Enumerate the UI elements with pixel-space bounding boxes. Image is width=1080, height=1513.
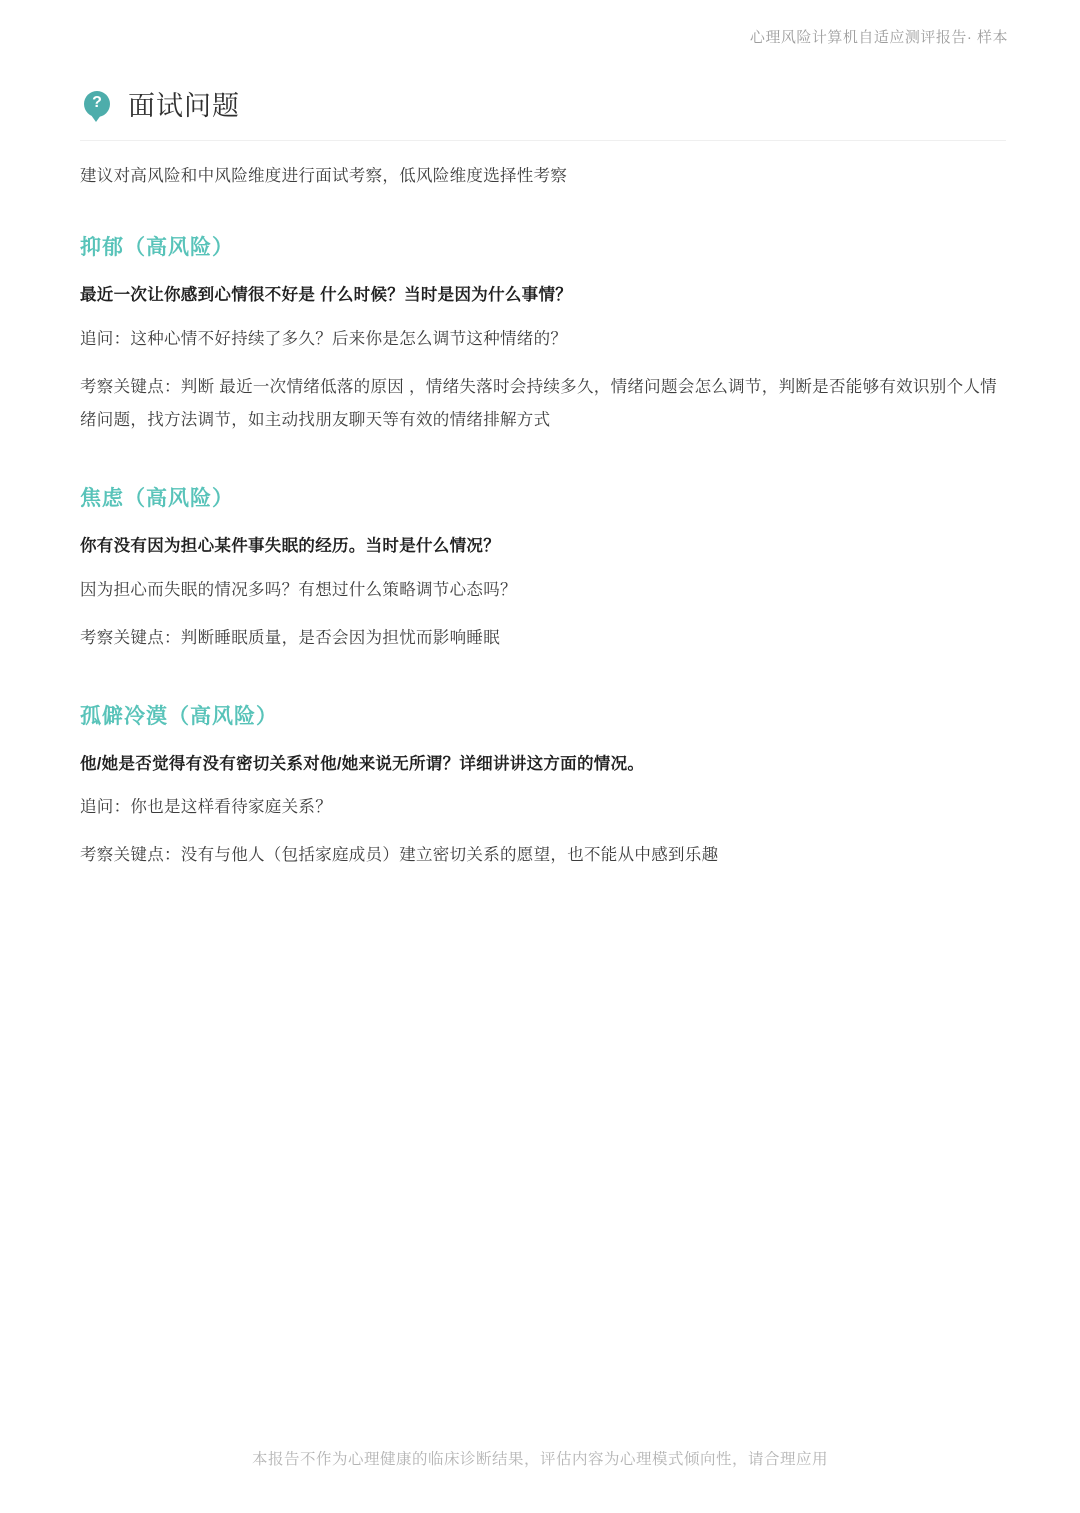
report-content: ? 面试问题 建议对高风险和中风险维度进行面试考察，低风险维度选择性考察 抑郁（… [80,84,1006,872]
question-bubble-icon: ? [84,91,110,117]
key-points-line: 考察关键点：没有与他人（包括家庭成员）建立密切关系的愿望，也不能从中感到乐趣 [80,839,1006,872]
interview-section-depression: 抑郁（高风险） 最近一次让你感到心情很不好是 什么时候？当时是因为什么事情？ 追… [80,231,1006,437]
interview-section-anxiety: 焦虑（高风险） 你有没有因为担心某件事失眠的经历。当时是什么情况？ 因为担心而失… [80,482,1006,655]
page-title: 面试问题 [128,84,240,123]
section-heading-anxiety: 焦虑（高风险） [80,482,1006,512]
followup-question-line: 追问：你也是这样看待家庭关系？ [80,791,1006,824]
interview-question: 你有没有因为担心某件事失眠的经历。当时是什么情况？ [80,534,1006,559]
followup-question-line: 因为担心而失眠的情况多吗？有想过什么策略调节心态吗？ [80,574,1006,607]
key-points-line: 考察关键点：判断 最近一次情绪低落的原因 ，情绪失落时会持续多久，情绪问题会怎么… [80,371,1006,437]
section-heading-aloofness: 孤僻冷漠（高风险） [80,700,1006,730]
interview-question: 最近一次让你感到心情很不好是 什么时候？当时是因为什么事情？ [80,283,1006,308]
report-page: 心理风险计算机自适应测评报告· 样本 ? 面试问题 建议对高风险和中风险维度进行… [0,0,1080,1513]
section-heading-depression: 抑郁（高风险） [80,231,1006,261]
interview-section-aloofness: 孤僻冷漠（高风险） 他/她是否觉得有没有密切关系对他/她来说无所谓？详细讲讲这方… [80,700,1006,873]
page-title-row: ? 面试问题 [80,84,1006,123]
report-header-note: 心理风险计算机自适应测评报告· 样本 [750,26,1008,47]
followup-question-line: 追问：这种心情不好持续了多久？后来你是怎么调节这种情绪的？ [80,323,1006,356]
title-divider [80,140,1006,141]
report-footer-disclaimer: 本报告不作为心理健康的临床诊断结果，评估内容为心理模式倾向性，请合理应用 [0,1447,1080,1469]
key-points-line: 考察关键点：判断睡眠质量，是否会因为担忧而影响睡眠 [80,622,1006,655]
interview-question: 他/她是否觉得有没有密切关系对他/她来说无所谓？详细讲讲这方面的情况。 [80,752,1006,777]
question-mark-glyph: ? [92,95,102,111]
intro-text: 建议对高风险和中风险维度进行面试考察，低风险维度选择性考察 [80,162,1006,186]
bubble-tail [91,115,101,122]
